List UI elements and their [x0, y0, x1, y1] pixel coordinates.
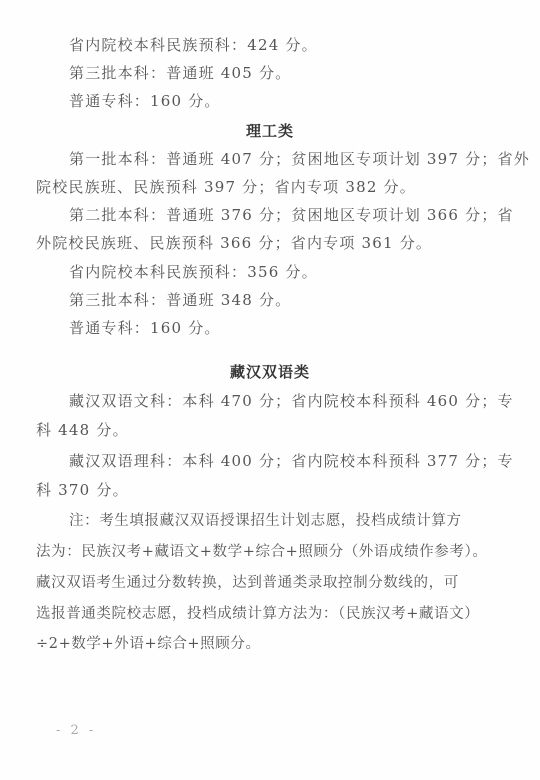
text-line: 普通专科：160 分。 — [69, 318, 221, 338]
note-line: ÷2+数学+外语+综合+照顾分。 — [36, 634, 261, 654]
section-heading-zanghan: 藏汉双语类 — [0, 361, 540, 382]
text-line: 院校民族班、民族预科 397 分；省内专项 382 分。 — [36, 177, 416, 197]
page-number: - 2 - — [56, 723, 96, 738]
section-heading-ligong: 理工类 — [0, 120, 540, 141]
note-line: 藏汉双语考生通过分数转换，达到普通类录取控制分数线的，可 — [36, 573, 459, 593]
text-line: 科 448 分。 — [36, 420, 129, 440]
text-line: 外院校民族班、民族预科 366 分；省内专项 361 分。 — [36, 233, 432, 253]
note-line: 法为：民族汉考+藏语文+数学+综合+照顾分（外语成绩作参考）。 — [36, 542, 487, 562]
text-line: 第一批本科：普通班 407 分；贫困地区专项计划 397 分；省外 — [69, 149, 530, 169]
document-page: 省内院校本科民族预科：424 分。 第三批本科：普通班 405 分。 普通专科：… — [0, 0, 540, 780]
note-line: 选报普通类院校志愿，投档成绩计算方法为：（民族汉考+藏语文） — [36, 604, 479, 624]
text-line: 藏汉双语理科：本科 400 分；省内院校本科预科 377 分；专 — [69, 451, 514, 471]
text-line: 第二批本科：普通班 376 分；贫困地区专项计划 366 分；省 — [69, 205, 514, 225]
text-line: 普通专科：160 分。 — [69, 91, 221, 111]
text-line: 藏汉双语文科：本科 470 分；省内院校本科预科 460 分；专 — [69, 391, 514, 411]
text-line: 省内院校本科民族预科：424 分。 — [69, 35, 318, 55]
text-line: 科 370 分。 — [36, 480, 129, 500]
text-line: 第三批本科：普通班 348 分。 — [69, 290, 291, 310]
text-line: 省内院校本科民族预科：356 分。 — [69, 262, 318, 282]
text-line: 第三批本科：普通班 405 分。 — [69, 63, 291, 83]
note-line: 注：考生填报藏汉双语授课招生计划志愿，投档成绩计算方 — [69, 511, 462, 531]
